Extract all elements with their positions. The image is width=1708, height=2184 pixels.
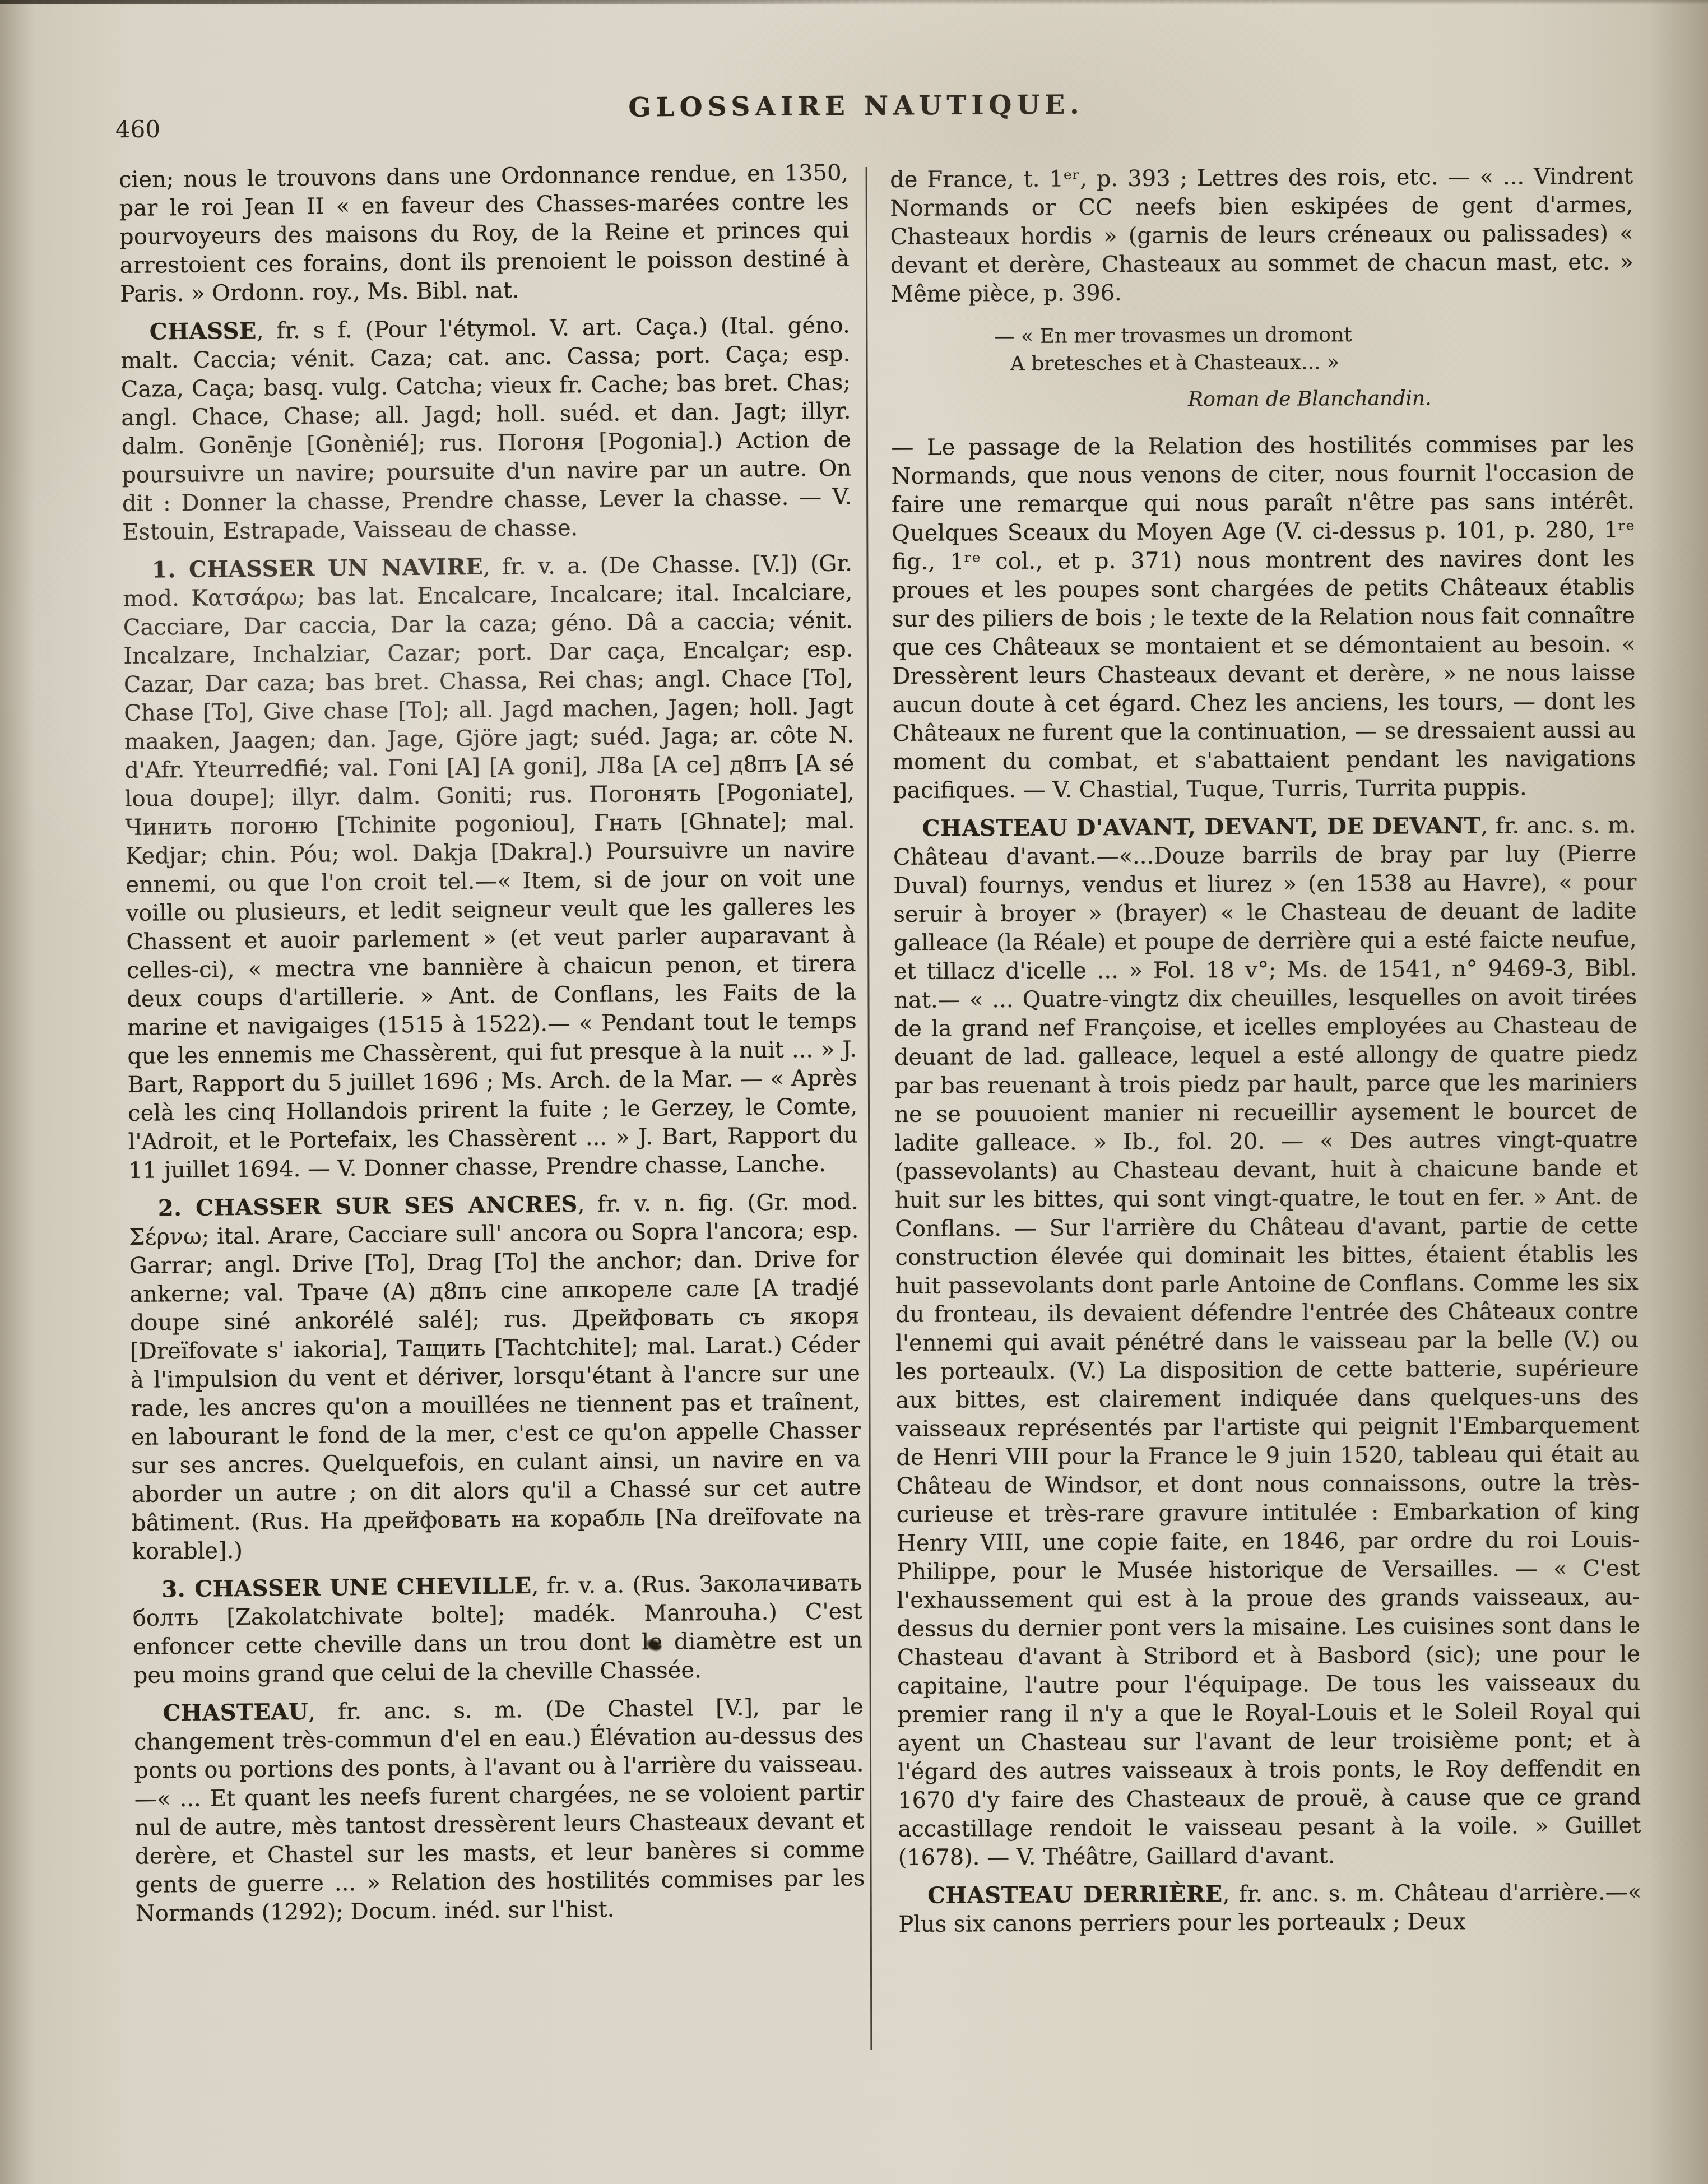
entry-headword: 2. CHASSER SUR SES ANCRES (158, 1191, 578, 1221)
column-divider-rule (866, 167, 872, 2050)
entry-chasser-un-navire: 1. CHASSER UN NAVIRE, fr. v. a. (De Chas… (123, 549, 858, 1185)
entry-chasser-une-cheville: 3. CHASSER UNE CHEVILLE, fr. v. a. (Rus.… (132, 1568, 863, 1690)
entry-body: , fr. v. a. (De Chasse. [V.]) (Gr. mod. … (123, 550, 858, 1183)
scan-edge-artifact (0, 0, 874, 4)
entry-body: , fr. v. n. fig. (Gr. mod. Σέρνω; ital. … (129, 1189, 861, 1564)
entry-headword: CHASTEAU D'AVANT, DEVANT, DE DEVANT (922, 813, 1481, 842)
entry-headword: CHASTEAU (163, 1699, 308, 1726)
entry-body: , fr. anc. s. m. (De Chastel [V.], par l… (134, 1694, 865, 1926)
verse-attribution: Roman de Blanchandin. (1188, 384, 1634, 414)
entry-body: , fr. s f. (Pour l'étymol. V. art. Caça.… (120, 312, 852, 545)
entry-headword: 3. CHASSER UNE CHEVILLE (161, 1573, 532, 1602)
paragraph-continuation: de France, t. 1ᵉʳ, p. 393 ; Lettres des … (890, 163, 1633, 309)
entry-body: , fr. anc. s. m. Château d'avant.—«...Do… (893, 813, 1641, 1871)
verse-line: A bretesches et à Chasteaux... » (1010, 347, 1634, 378)
entry-chasser-sur-ses-ancres: 2. CHASSER SUR SES ANCRES, fr. v. n. fig… (129, 1187, 862, 1566)
entry-chasse: CHASSE, fr. s f. (Pour l'étymol. V. art.… (120, 310, 852, 546)
page-number: 460 (115, 115, 161, 143)
entry-chasteau-derriere: CHASTEAU DERRIÈRE, fr. anc. s. m. Châtea… (898, 1877, 1641, 1939)
verse-line: — « En mer trovasmes un dromont (994, 320, 1633, 351)
entry-headword: CHASSE (150, 318, 257, 345)
left-column: cien; nous le trouvons dans une Ordonnan… (119, 159, 865, 1937)
entry-chasteau-davant: CHASTEAU D'AVANT, DEVANT, DE DEVANT, fr.… (893, 811, 1641, 1872)
right-column: de France, t. 1ᵉʳ, p. 393 ; Lettres des … (890, 163, 1642, 1948)
running-title: GLOSSAIRE NAUTIQUE. (628, 90, 1084, 123)
paragraph-remark: — Le passage de la Relation des hostilit… (891, 430, 1636, 805)
entry-headword: 1. CHASSER UN NAVIRE (152, 554, 484, 583)
verse-quote: — « En mer trovasmes un dromont A bretes… (994, 320, 1634, 415)
entry-chasteau: CHASTEAU, fr. anc. s. m. (De Chastel [V.… (133, 1692, 865, 1928)
paragraph-continuation: cien; nous le trouvons dans une Ordonnan… (119, 159, 850, 309)
entry-headword: CHASTEAU DERRIÈRE (927, 1881, 1223, 1909)
